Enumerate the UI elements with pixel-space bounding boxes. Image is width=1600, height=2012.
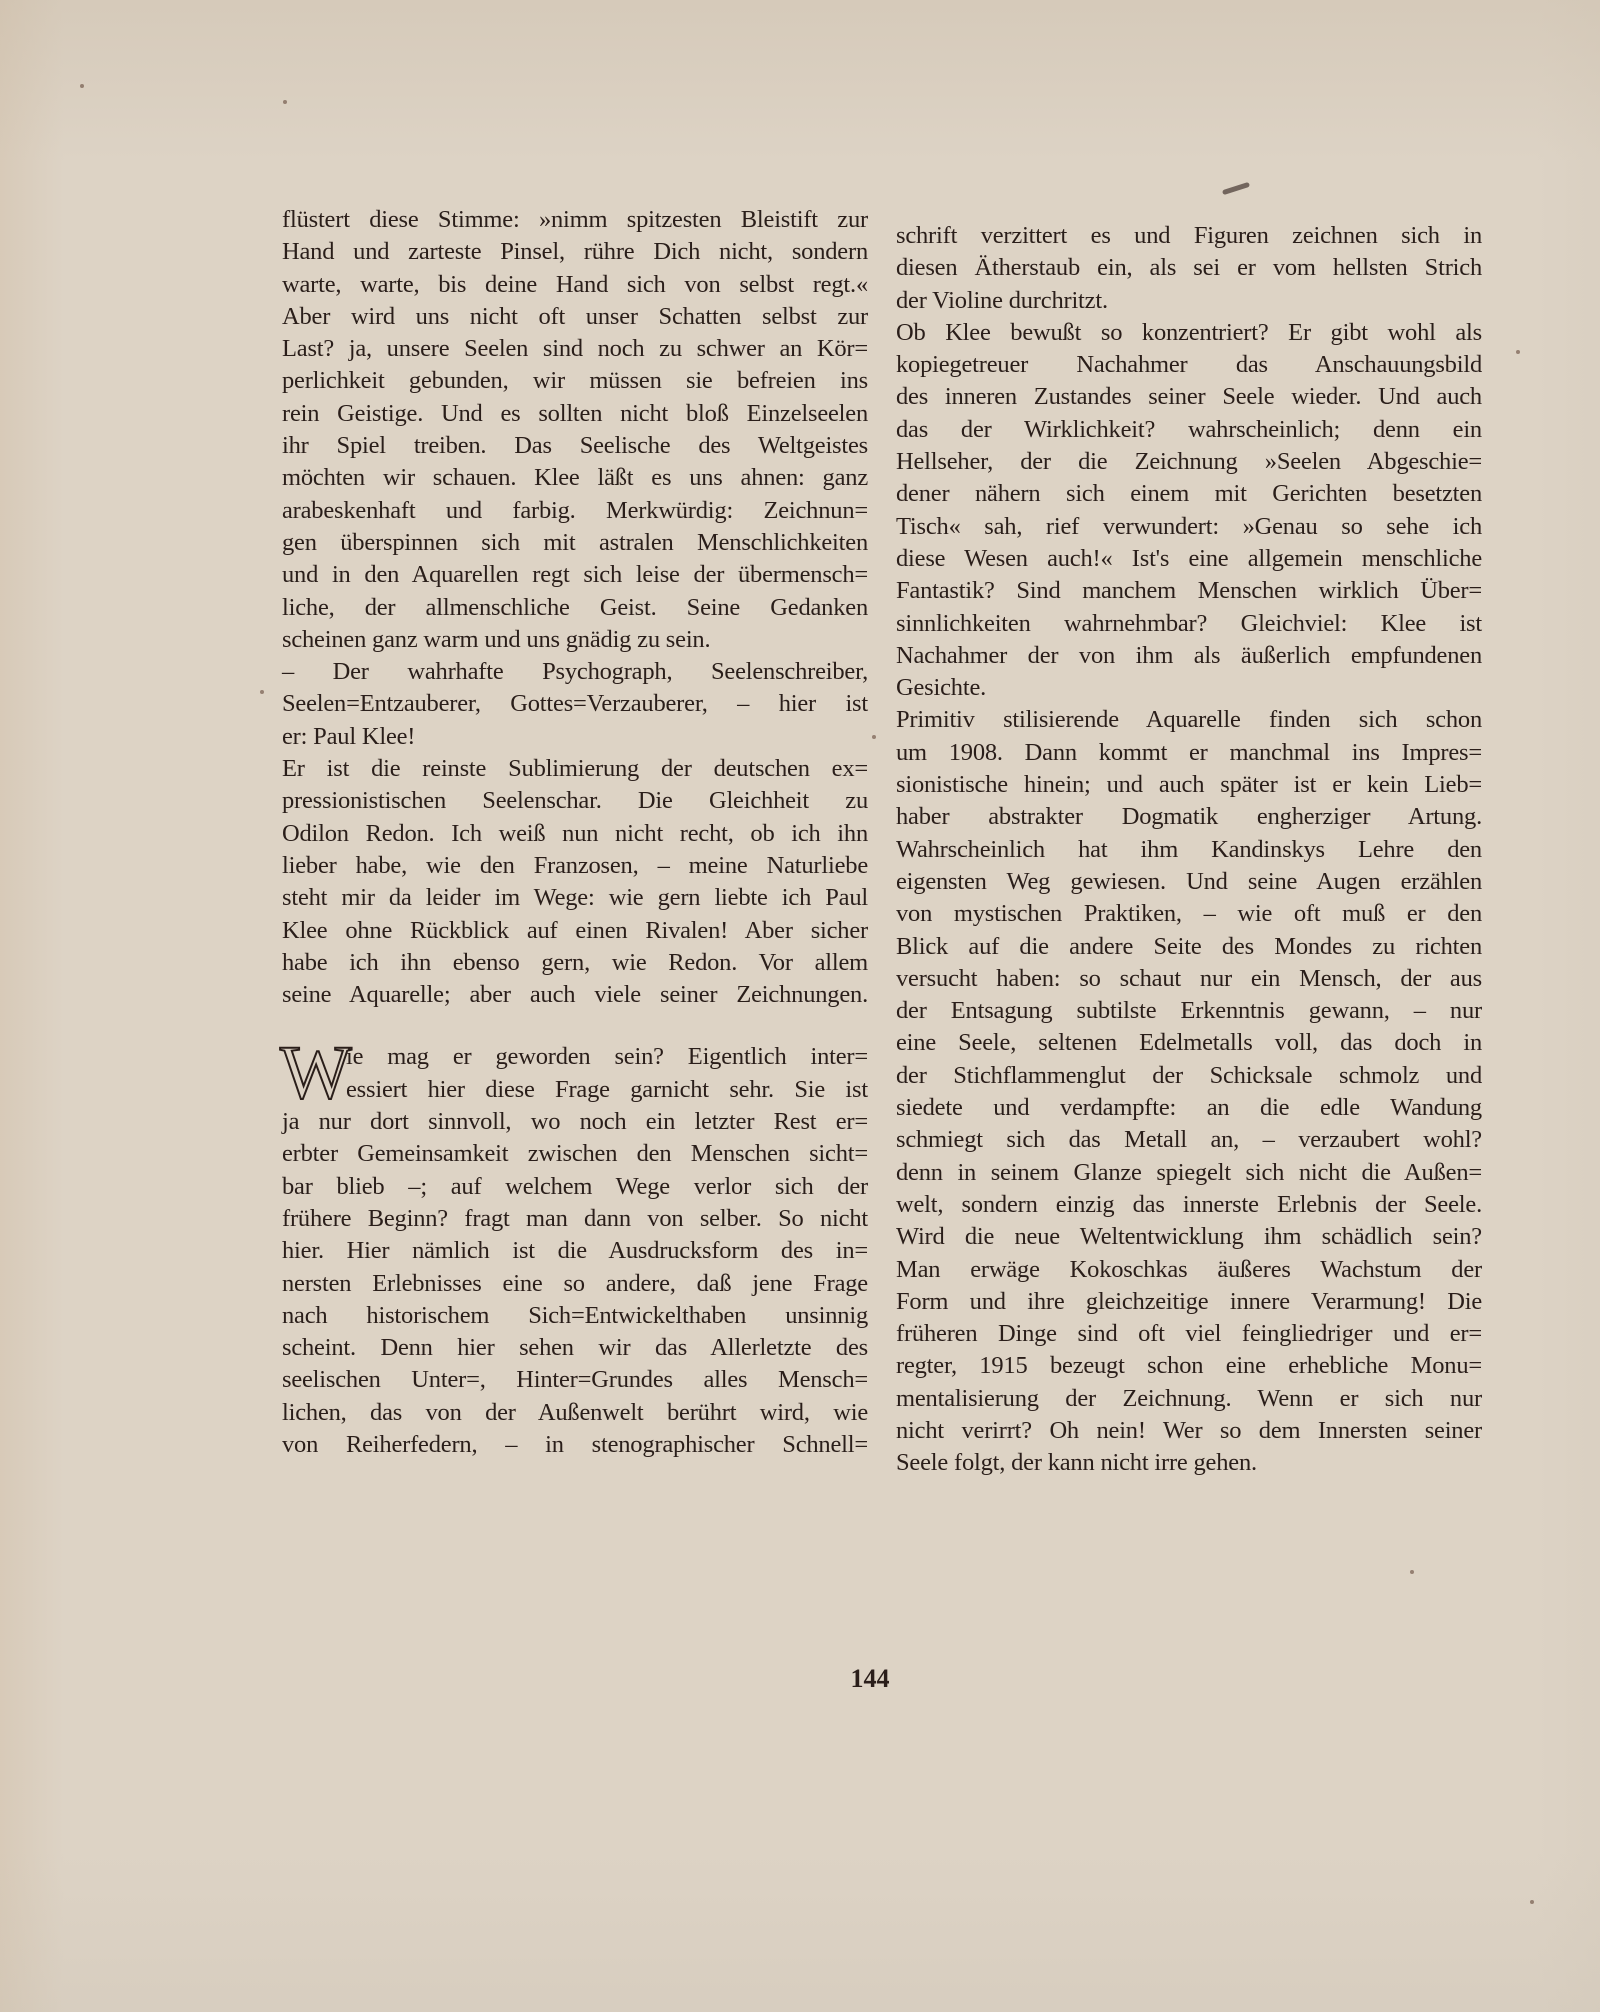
paper-speck bbox=[1530, 1900, 1534, 1904]
text-line: seelischen Unter=, Hinter=Grundes alles … bbox=[282, 1364, 868, 1396]
text-line: scheinen ganz warm und uns gnädig zu sei… bbox=[282, 624, 868, 656]
text-line: von mystischen Praktiken, – wie oft muß … bbox=[896, 898, 1482, 930]
text-line: bar blieb –; auf welchem Wege verlor sic… bbox=[282, 1171, 868, 1203]
text-line: Blick auf die andere Seite des Mondes zu… bbox=[896, 931, 1482, 963]
text-line: scheint. Denn hier sehen wir das Allerle… bbox=[282, 1332, 868, 1364]
paragraph-aetherstaub: schrift verzittert es und Figuren zeichn… bbox=[896, 220, 1482, 317]
paper-speck bbox=[283, 100, 287, 104]
text-line: nicht verirrt? Oh nein! Wer so dem Inner… bbox=[896, 1415, 1482, 1447]
section-gap bbox=[282, 1011, 868, 1041]
text-line: Er ist die reinste Sublimierung der deut… bbox=[282, 753, 868, 785]
paragraph-primitiv: Primitiv stilisierende Aquarelle finden … bbox=[896, 704, 1482, 1479]
text-line: diesen Ätherstaub ein, als sei er vom he… bbox=[896, 252, 1482, 284]
text-line: eigensten Weg gewiesen. Und seine Augen … bbox=[896, 866, 1482, 898]
ink-smudge bbox=[1222, 182, 1250, 195]
paper-speck bbox=[80, 84, 84, 88]
text-line: schrift verzittert es und Figuren zeichn… bbox=[896, 220, 1482, 252]
text-line: sinnlichkeiten wahrnehmbar? Gleichviel: … bbox=[896, 608, 1482, 640]
text-line: warte, warte, bis deine Hand sich von se… bbox=[282, 269, 868, 301]
text-line: das der Wirklichkeit? wahrscheinlich; de… bbox=[896, 414, 1482, 446]
text-line: Ob Klee bewußt so konzentriert? Er gibt … bbox=[896, 317, 1482, 349]
text-line: seine Aquarelle; aber auch viele seiner … bbox=[282, 979, 868, 1011]
text-line: Seelen=Entzauberer, Gottes=Verzauberer, … bbox=[282, 688, 868, 720]
text-line: steht mir da leider im Wege: wie gern li… bbox=[282, 882, 868, 914]
text-line: welt, sondern einzig das innerste Erlebn… bbox=[896, 1189, 1482, 1221]
text-line: pressionistischen Seelenschar. Die Gleic… bbox=[282, 785, 868, 817]
text-line: Klee ohne Rückblick auf einen Rivalen! A… bbox=[282, 915, 868, 947]
text-line: – Der wahrhafte Psychograph, Seelenschre… bbox=[282, 656, 868, 688]
text-line: der Violine durchritzt. bbox=[896, 285, 1482, 317]
paper-speck bbox=[1516, 350, 1520, 354]
section-wie-mag-er: W ie mag er geworden sein? Eigentlich in… bbox=[282, 1041, 868, 1461]
text-line: möchten wir schauen. Klee läßt es uns ah… bbox=[282, 462, 868, 494]
text-line: habe ich ihn ebenso gern, wie Redon. Vor… bbox=[282, 947, 868, 979]
text-line: Seele folgt, der kann nicht irre gehen. bbox=[896, 1447, 1482, 1479]
text-line: Fantastik? Sind manchem Menschen wirklic… bbox=[896, 575, 1482, 607]
text-line: erbter Gemeinsamkeit zwischen den Mensch… bbox=[282, 1138, 868, 1170]
paragraph-redon: Er ist die reinste Sublimierung der deut… bbox=[282, 753, 868, 1011]
text-line: haber abstrakter Dogmatik engherziger Ar… bbox=[896, 801, 1482, 833]
text-line: liche, der allmenschliche Geist. Seine G… bbox=[282, 592, 868, 624]
text-line: frühere Beginn? fragt man dann von selbe… bbox=[282, 1203, 868, 1235]
paper-speck bbox=[872, 735, 876, 739]
text-line: von Reiherfedern, – in stenographischer … bbox=[282, 1429, 868, 1461]
text-line: Tisch« sah, rief verwundert: »Genau so s… bbox=[896, 511, 1482, 543]
text-line: Wahrscheinlich hat ihm Kandinskys Lehre … bbox=[896, 834, 1482, 866]
text-line: lichen, das von der Außenwelt berührt wi… bbox=[282, 1397, 868, 1429]
page-number: 144 bbox=[840, 1664, 900, 1694]
text-line: nach historischem Sich=Entwickelthaben u… bbox=[282, 1300, 868, 1332]
text-line: perlichkeit gebunden, wir müssen sie bef… bbox=[282, 365, 868, 397]
text-line: ja nur dort sinnvoll, wo noch ein letzte… bbox=[282, 1106, 868, 1138]
text-line: Primitiv stilisierende Aquarelle finden … bbox=[896, 704, 1482, 736]
text-line: ihr Spiel treiben. Das Seelische des Wel… bbox=[282, 430, 868, 462]
text-line: denn in seinem Glanze spiegelt sich nich… bbox=[896, 1157, 1482, 1189]
text-line: des inneren Zustandes seiner Seele wiede… bbox=[896, 381, 1482, 413]
text-line: Hand und zarteste Pinsel, rühre Dich nic… bbox=[282, 236, 868, 268]
text-line: flüstert diese Stimme: »nimm spitzesten … bbox=[282, 204, 868, 236]
text-line: rein Geistige. Und es sollten nicht bloß… bbox=[282, 398, 868, 430]
text-line: nersten Erlebnisses eine so andere, daß … bbox=[282, 1268, 868, 1300]
paper-speck bbox=[260, 690, 264, 694]
text-line: mentalisierung der Zeichnung. Wenn er si… bbox=[896, 1383, 1482, 1415]
text-line: um 1908. Dann kommt er manchmal ins Impr… bbox=[896, 737, 1482, 769]
paper-speck bbox=[1410, 1570, 1414, 1574]
left-text-column: flüstert diese Stimme: »nimm spitzesten … bbox=[282, 204, 868, 1461]
text-line: sionistische hinein; und auch später ist… bbox=[896, 769, 1482, 801]
scanned-book-page: flüstert diese Stimme: »nimm spitzesten … bbox=[0, 0, 1600, 2012]
text-line: siedete und verdampfte: an die edle Wand… bbox=[896, 1092, 1482, 1124]
text-line: essiert hier diese Frage garnicht sehr. … bbox=[282, 1074, 868, 1106]
text-line: Aber wird uns nicht oft unser Schatten s… bbox=[282, 301, 868, 333]
paragraph-stimme: flüstert diese Stimme: »nimm spitzesten … bbox=[282, 204, 868, 656]
text-line: Man erwäge Kokoschkas äußeres Wachstum d… bbox=[896, 1254, 1482, 1286]
text-line: kopiegetreuer Nachahmer das Anschauungsb… bbox=[896, 349, 1482, 381]
text-line: eine Seele, seltenen Edelmetalls voll, d… bbox=[896, 1027, 1482, 1059]
text-line: Nachahmer der von ihm als äußerlich empf… bbox=[896, 640, 1482, 672]
text-line: versucht haben: so schaut nur ein Mensch… bbox=[896, 963, 1482, 995]
text-line: Gesichte. bbox=[896, 672, 1482, 704]
text-line: regter, 1915 bezeugt schon eine erheblic… bbox=[896, 1350, 1482, 1382]
text-line: ie mag er geworden sein? Eigentlich inte… bbox=[282, 1041, 868, 1073]
text-line: früheren Dinge sind oft viel feingliedri… bbox=[896, 1318, 1482, 1350]
text-line: gen überspinnen sich mit astralen Mensch… bbox=[282, 527, 868, 559]
text-line: er: Paul Klee! bbox=[282, 721, 868, 753]
text-line: Hellseher, der die Zeichnung »Seelen Abg… bbox=[896, 446, 1482, 478]
text-line: Form und ihre gleichzeitige innere Verar… bbox=[896, 1286, 1482, 1318]
paragraph-psychograph: – Der wahrhafte Psychograph, Seelenschre… bbox=[282, 656, 868, 753]
text-line: der Entsagung subtilste Erkenntnis gewan… bbox=[896, 995, 1482, 1027]
text-line: schmiegt sich das Metall an, – verzauber… bbox=[896, 1124, 1482, 1156]
right-text-column: schrift verzittert es und Figuren zeichn… bbox=[896, 220, 1482, 1480]
text-line: arabeskenhaft und farbig. Merkwürdig: Ze… bbox=[282, 495, 868, 527]
text-line: Wird die neue Weltentwicklung ihm schädl… bbox=[896, 1221, 1482, 1253]
drop-cap: W bbox=[280, 1043, 346, 1103]
text-line: diese Wesen auch!« Ist's eine allgemein … bbox=[896, 543, 1482, 575]
text-line: und in den Aquarellen regt sich leise de… bbox=[282, 559, 868, 591]
text-line: der Stichflammenglut der Schicksale schm… bbox=[896, 1060, 1482, 1092]
paragraph-konzentriert: Ob Klee bewußt so konzentriert? Er gibt … bbox=[896, 317, 1482, 705]
text-line: Odilon Redon. Ich weiß nun nicht recht, … bbox=[282, 818, 868, 850]
text-line: Last? ja, unsere Seelen sind noch zu sch… bbox=[282, 333, 868, 365]
text-line: dener nähern sich einem mit Gerichten be… bbox=[896, 478, 1482, 510]
text-line: hier. Hier nämlich ist die Ausdrucksform… bbox=[282, 1235, 868, 1267]
text-line: lieber habe, wie den Franzosen, – meine … bbox=[282, 850, 868, 882]
